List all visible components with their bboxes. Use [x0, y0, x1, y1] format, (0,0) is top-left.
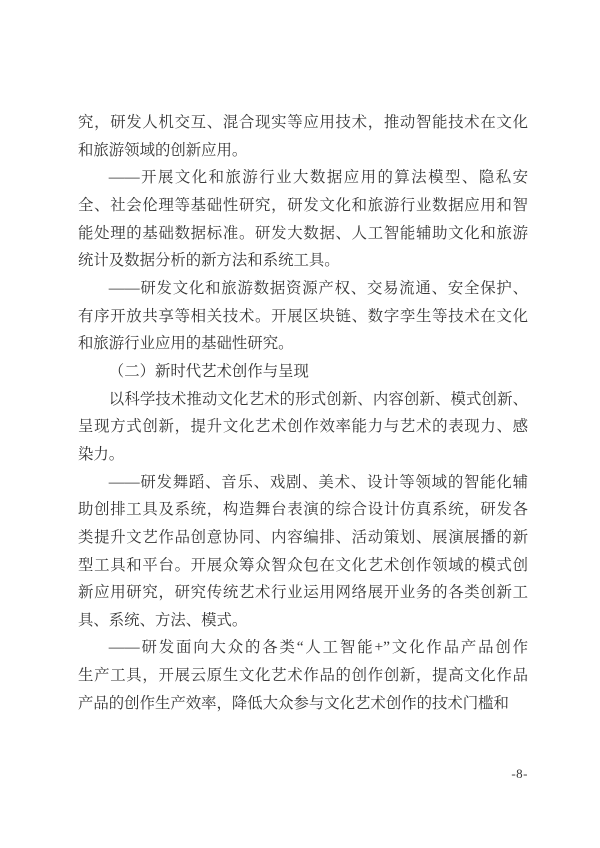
text-line: 和旅游领域的创新应用。 — [78, 137, 528, 165]
text-line: 类提升文艺作品创意协同、内容编排、活动策划、展演展播的新 — [78, 524, 528, 552]
text-line: ——研发文化和旅游数据资源产权、交易流通、安全保护、 — [78, 275, 528, 303]
paragraph-ai-plus-creation: ——研发面向大众的各类“人工智能+”文化作品产品创作生产工具，开展云原生文化艺术… — [78, 634, 528, 717]
page-number: -8- — [78, 766, 528, 782]
text-line: 产品的创作生产效率，降低大众参与文化艺术创作的技术门槛和 — [78, 690, 528, 718]
text-line: 具、系统、方法、模式。 — [78, 607, 528, 635]
text-line: 统计及数据分析的新方法和系统工具。 — [78, 247, 528, 275]
text-line: 能处理的基础数据标准。研发大数据、人工智能辅助文化和旅游 — [78, 220, 528, 248]
text-line: 呈现方式创新，提升文化艺术创作效率能力与艺术的表现力、感 — [78, 413, 528, 441]
document-page: 究，研发人机交互、混合现实等应用技术，推动智能技术在文化和旅游领域的创新应用。 … — [0, 0, 600, 848]
text-line: 以科学技术推动文化艺术的形式创新、内容创新、模式创新、 — [78, 386, 528, 414]
text-line: 染力。 — [78, 441, 528, 469]
text-line: ——开展文化和旅游行业大数据应用的算法模型、隐私安 — [78, 164, 528, 192]
document-body: 究，研发人机交互、混合现实等应用技术，推动智能技术在文化和旅游领域的创新应用。 … — [78, 109, 528, 717]
paragraph-smart-creation-tools: ——研发舞蹈、音乐、戏剧、美术、设计等领域的智能化辅助创排工具及系统，构造舞台表… — [78, 469, 528, 635]
paragraph-big-data-research: ——开展文化和旅游行业大数据应用的算法模型、隐私安全、社会伦理等基础性研究，研发… — [78, 164, 528, 275]
paragraph-data-resource-tech: ——研发文化和旅游数据资源产权、交易流通、安全保护、有序开放共享等相关技术。开展… — [78, 275, 528, 358]
text-line: ——研发面向大众的各类“人工智能+”文化作品产品创作 — [78, 634, 528, 662]
paragraph-applied-tech-continuation: 究，研发人机交互、混合现实等应用技术，推动智能技术在文化和旅游领域的创新应用。 — [78, 109, 528, 164]
text-line: 型工具和平台。开展众筹众智众包在文化艺术创作领域的模式创 — [78, 552, 528, 580]
text-line: 究，研发人机交互、混合现实等应用技术，推动智能技术在文化 — [78, 109, 528, 137]
paragraph-art-innovation-intro: 以科学技术推动文化艺术的形式创新、内容创新、模式创新、呈现方式创新，提升文化艺术… — [78, 386, 528, 469]
text-line: 助创排工具及系统，构造舞台表演的综合设计仿真系统，研发各 — [78, 496, 528, 524]
text-line: 和旅游行业应用的基础性研究。 — [78, 330, 528, 358]
text-line: 全、社会伦理等基础性研究，研发文化和旅游行业数据应用和智 — [78, 192, 528, 220]
text-line: 新应用研究，研究传统艺术行业运用网络展开业务的各类创新工 — [78, 579, 528, 607]
text-line: 有序开放共享等相关技术。开展区块链、数字孪生等技术在文化 — [78, 303, 528, 331]
text-line: 生产工具，开展云原生文化艺术作品的创作创新，提高文化作品 — [78, 662, 528, 690]
text-line: ——研发舞蹈、音乐、戏剧、美术、设计等领域的智能化辅 — [78, 469, 528, 497]
section-heading-art-creation: （二）新时代艺术创作与呈现 — [78, 358, 528, 386]
text-line: （二）新时代艺术创作与呈现 — [78, 358, 528, 386]
